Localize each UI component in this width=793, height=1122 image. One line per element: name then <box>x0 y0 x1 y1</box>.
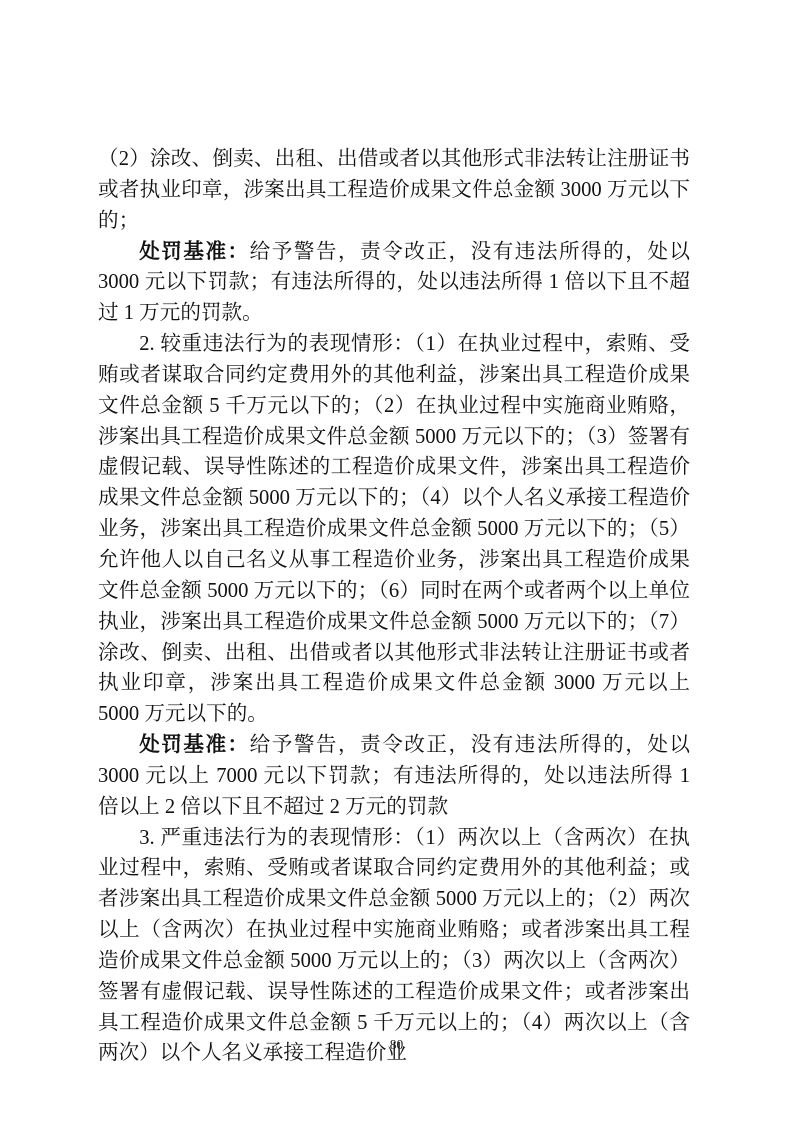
paragraph-item-3: 3. 严重违法行为的表现情形：（1）两次以上（含两次）在执业过程中，索贿、受贿或… <box>98 823 690 1070</box>
paragraph-penalty-basis-1: 处罚基准：给予警告，责令改正，没有违法所得的，处以 3000 元以下罚款；有违法… <box>98 237 690 330</box>
paragraph-text: 3. 严重违法行为的表现情形：（1）两次以上（含两次）在执业过程中，索贿、受贿或… <box>98 827 690 1065</box>
paragraph-item-2: 2. 较重违法行为的表现情形：（1）在执业过程中，索贿、受贿或者谋取合同约定费用… <box>98 329 690 730</box>
paragraph-lead: 处罚基准： <box>139 734 249 756</box>
paragraph-penalty-basis-2: 处罚基准：给予警告，责令改正，没有违法所得的，处以 3000 元以上 7000 … <box>98 730 690 823</box>
page-number: 80 <box>0 1036 793 1054</box>
paragraph-lead: 处罚基准： <box>139 241 249 263</box>
document-page: （2）涂改、倒卖、出租、出借或者以其他形式非法转让注册证书或者执业印章，涉案出具… <box>0 0 793 1122</box>
paragraph-text: （2）涂改、倒卖、出租、出借或者以其他形式非法转让注册证书或者执业印章，涉案出具… <box>98 148 690 232</box>
paragraph-text: 2. 较重违法行为的表现情形：（1）在执业过程中，索贿、受贿或者谋取合同约定费用… <box>98 333 690 725</box>
paragraph-continuation: （2）涂改、倒卖、出租、出借或者以其他形式非法转让注册证书或者执业印章，涉案出具… <box>98 144 690 237</box>
document-body: （2）涂改、倒卖、出租、出借或者以其他形式非法转让注册证书或者执业印章，涉案出具… <box>98 144 690 1069</box>
